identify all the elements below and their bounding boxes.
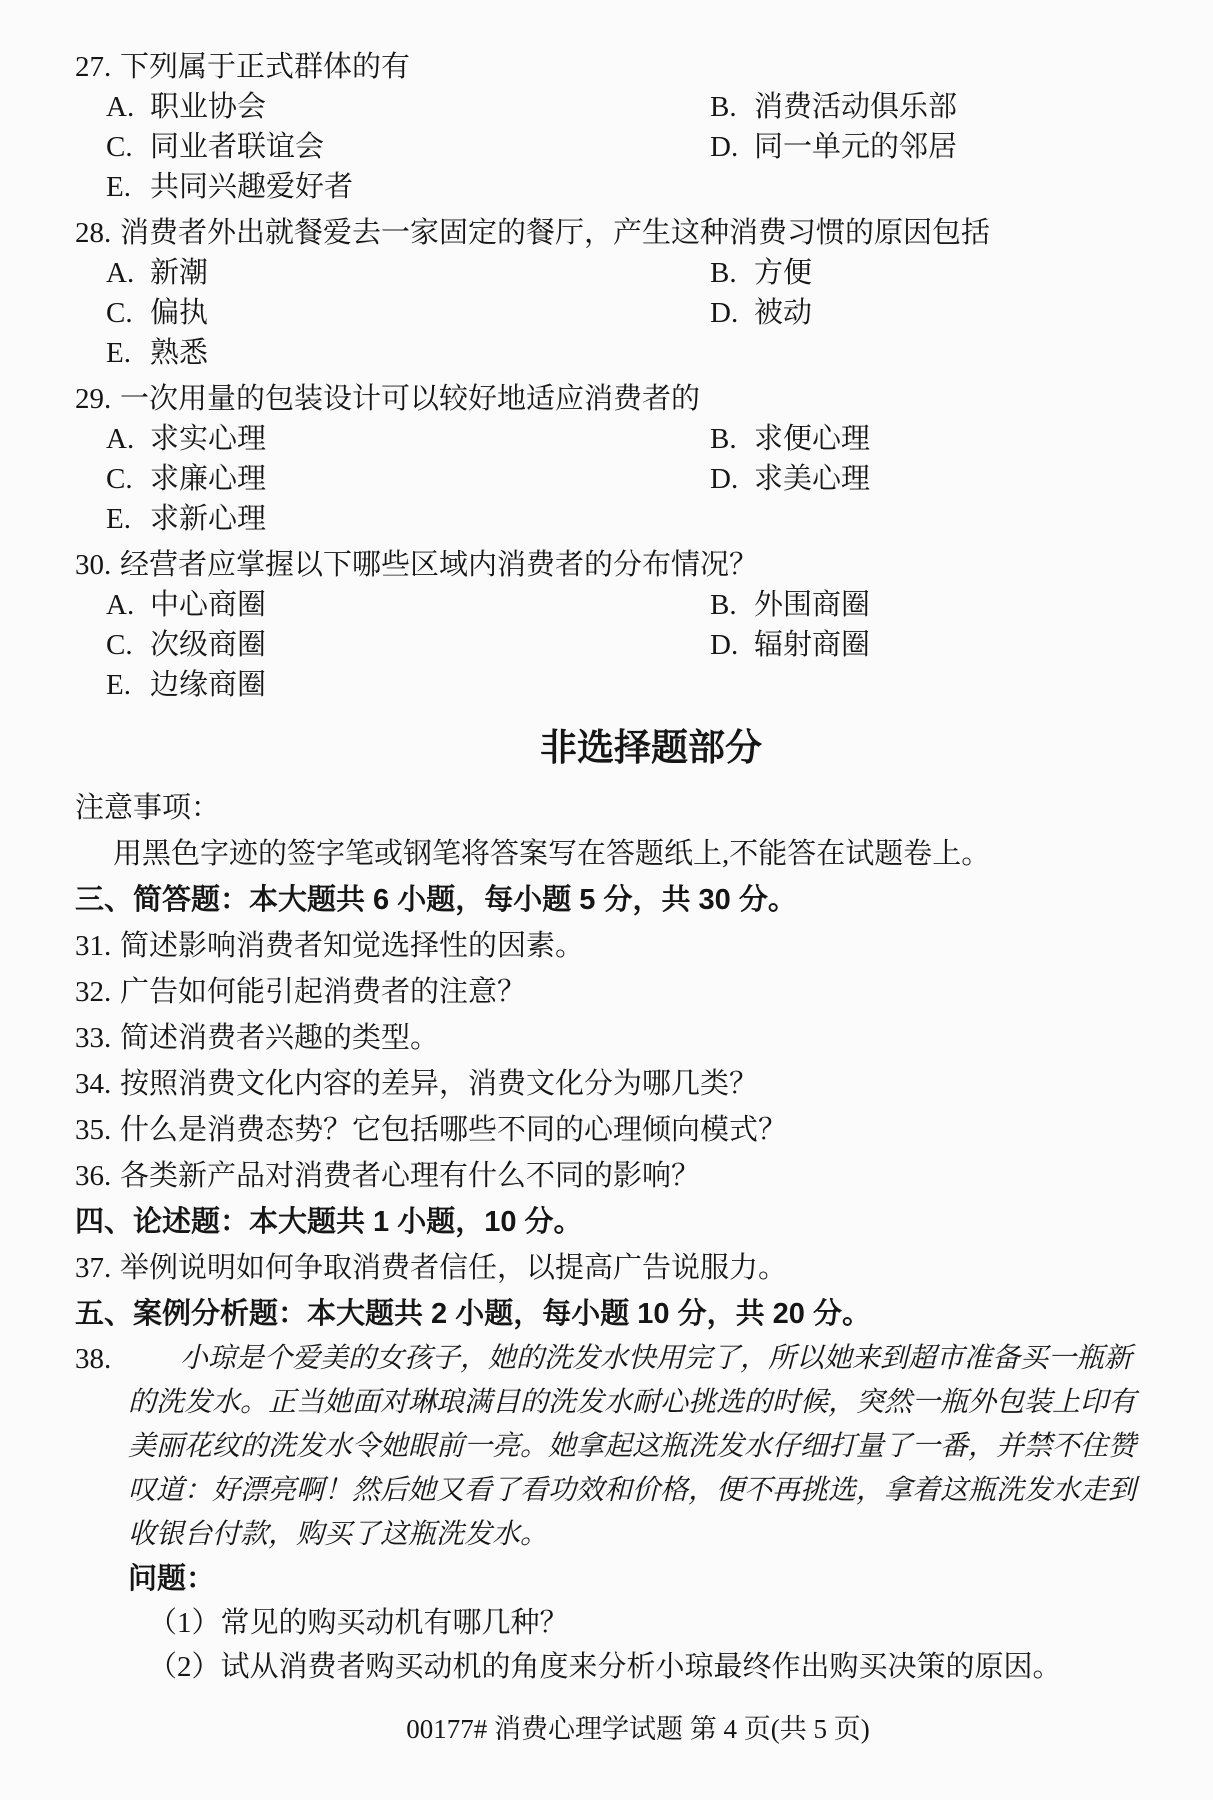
question-31: 31. 简述影响消费者知觉选择性的因素。 <box>75 923 1183 969</box>
question-text: 各类新产品对消费者心理有什么不同的影响？ <box>120 1153 700 1199</box>
question-text: 经营者应掌握以下哪些区域内消费者的分布情况？ <box>120 545 758 585</box>
option-c: C. 次级商圈 <box>106 625 710 665</box>
option-letter: C. <box>106 459 150 499</box>
option-b: B. 方便 <box>710 253 1183 293</box>
question-32: 32. 广告如何能引起消费者的注意？ <box>75 969 1183 1015</box>
section-header-text: 三、简答题：本大题共 6 小题，每小题 5 分，共 30 分。 <box>75 877 797 923</box>
question-38: 38. 小琼是个爱美的女孩子，她的洗发水快用完了，所以她来到超市准备买一瓶新 的… <box>75 1337 1183 1689</box>
option-letter: A. <box>106 585 150 625</box>
option-letter: B. <box>710 87 754 127</box>
section-header-text: 四、论述题：本大题共 1 小题，10 分。 <box>75 1199 583 1245</box>
question-28: 28. 消费者外出就餐爱去一家固定的餐厅，产生这种消费习惯的原因包括 A. 新潮… <box>75 213 1183 373</box>
question-number: 31. <box>75 923 120 969</box>
option-text: 方便 <box>754 253 812 293</box>
notice-text-line: 用黑色字迹的签字笔或钢笔将答案写在答题纸上,不能答在试题卷上。 <box>113 831 990 877</box>
option-b: B. 求便心理 <box>710 419 1183 459</box>
question-37: 37. 举例说明如何争取消费者信任，以提高广告说服力。 <box>75 1245 1183 1291</box>
question-number: 32. <box>75 969 120 1015</box>
option-e: E. 边缘商圈 <box>106 665 710 705</box>
question-36: 36. 各类新产品对消费者心理有什么不同的影响？ <box>75 1153 1183 1199</box>
case-paragraph-line: 的洗发水。正当她面对琳琅满目的洗发水耐心挑选的时候，突然一瓶外包装上印有 <box>128 1381 1136 1425</box>
question-text: 简述消费者兴趣的类型。 <box>120 1015 439 1061</box>
option-letter: C. <box>106 625 150 665</box>
option-a: A. 职业协会 <box>106 87 710 127</box>
option-text: 求美心理 <box>754 459 870 499</box>
option-e: E. 熟悉 <box>106 333 710 373</box>
case-sub-question-2: （2）试从消费者购买动机的角度来分析小琼最终作出购买决策的原因。 <box>128 1645 1136 1689</box>
question-33: 33. 简述消费者兴趣的类型。 <box>75 1015 1183 1061</box>
option-d: D. 同一单元的邻居 <box>710 127 1183 167</box>
option-letter: E. <box>106 167 150 207</box>
option-d: D. 辐射商圈 <box>710 625 1183 665</box>
question-35: 35. 什么是消费态势？它包括哪些不同的心理倾向模式？ <box>75 1107 1183 1153</box>
question-text: 按照消费文化内容的差异，消费文化分为哪几类？ <box>120 1061 758 1107</box>
option-a: A. 新潮 <box>106 253 710 293</box>
question-27: 27. 下列属于正式群体的有 A. 职业协会 B. 消费活动俱乐部 C. 同业者… <box>75 47 1183 207</box>
option-letter: B. <box>710 419 754 459</box>
case-paragraph-line: 收银台付款，购买了这瓶洗发水。 <box>128 1513 1136 1557</box>
option-letter: D. <box>710 127 754 167</box>
option-letter: D. <box>710 459 754 499</box>
case-body: 小琼是个爱美的女孩子，她的洗发水快用完了，所以她来到超市准备买一瓶新 的洗发水。… <box>128 1337 1136 1689</box>
option-letter: E. <box>106 665 150 705</box>
option-e: E. 共同兴趣爱好者 <box>106 167 710 207</box>
option-text: 辐射商圈 <box>754 625 870 665</box>
option-text: 边缘商圈 <box>150 665 266 705</box>
exam-page: 27. 下列属于正式群体的有 A. 职业协会 B. 消费活动俱乐部 C. 同业者… <box>0 0 1213 1800</box>
question-text: 简述影响消费者知觉选择性的因素。 <box>120 923 584 969</box>
option-b: B. 外围商圈 <box>710 585 1183 625</box>
option-text: 偏执 <box>150 293 208 333</box>
option-c: C. 偏执 <box>106 293 710 333</box>
option-text: 同一单元的邻居 <box>754 127 957 167</box>
option-letter: C. <box>106 293 150 333</box>
section-header-text: 五、案例分析题：本大题共 2 小题，每小题 10 分，共 20 分。 <box>75 1291 871 1337</box>
option-letter: E. <box>106 499 150 539</box>
option-text: 同业者联谊会 <box>150 127 324 167</box>
option-text: 求实心理 <box>150 419 266 459</box>
question-text: 广告如何能引起消费者的注意？ <box>120 969 526 1015</box>
question-number: 34. <box>75 1061 120 1107</box>
section-title: 非选择题部分 <box>75 725 1183 771</box>
option-text: 中心商圈 <box>150 585 266 625</box>
section-4-header: 四、论述题：本大题共 1 小题，10 分。 <box>75 1199 1183 1245</box>
case-questions-label: 问题： <box>128 1557 1136 1601</box>
option-d: D. 被动 <box>710 293 1183 333</box>
question-number: 36. <box>75 1153 120 1199</box>
option-letter: C. <box>106 127 150 167</box>
option-text: 消费活动俱乐部 <box>754 87 957 127</box>
question-number: 29. <box>75 379 120 419</box>
case-paragraph-line: 美丽花纹的洗发水令她眼前一亮。她拿起这瓶洗发水仔细打量了一番，并禁不住赞 <box>128 1425 1136 1469</box>
question-number: 27. <box>75 47 120 87</box>
option-letter: D. <box>710 293 754 333</box>
case-paragraph-line: 小琼是个爱美的女孩子，她的洗发水快用完了，所以她来到超市准备买一瓶新 <box>128 1337 1136 1381</box>
option-text: 求廉心理 <box>150 459 266 499</box>
option-letter: E. <box>106 333 150 373</box>
question-30: 30. 经营者应掌握以下哪些区域内消费者的分布情况？ A. 中心商圈 B. 外围… <box>75 545 1183 705</box>
option-letter: A. <box>106 253 150 293</box>
option-b: B. 消费活动俱乐部 <box>710 87 1183 127</box>
question-text: 消费者外出就餐爱去一家固定的餐厅，产生这种消费习惯的原因包括 <box>120 213 990 253</box>
question-text: 下列属于正式群体的有 <box>120 47 410 87</box>
option-text: 外围商圈 <box>754 585 870 625</box>
option-letter: A. <box>106 87 150 127</box>
option-text: 求新心理 <box>150 499 266 539</box>
question-29: 29. 一次用量的包装设计可以较好地适应消费者的 A. 求实心理 B. 求便心理… <box>75 379 1183 539</box>
option-text: 求便心理 <box>754 419 870 459</box>
option-c: C. 同业者联谊会 <box>106 127 710 167</box>
question-number: 30. <box>75 545 120 585</box>
option-e: E. 求新心理 <box>106 499 710 539</box>
section-5-header: 五、案例分析题：本大题共 2 小题，每小题 10 分，共 20 分。 <box>75 1291 1183 1337</box>
notice-label: 注意事项： <box>75 785 1183 831</box>
page-footer: 00177# 消费心理学试题 第 4 页(共 5 页) <box>75 1711 1183 1747</box>
option-letter: D. <box>710 625 754 665</box>
option-a: A. 求实心理 <box>106 419 710 459</box>
question-34: 34. 按照消费文化内容的差异，消费文化分为哪几类？ <box>75 1061 1183 1107</box>
question-number: 33. <box>75 1015 120 1061</box>
option-text: 职业协会 <box>150 87 266 127</box>
option-text: 次级商圈 <box>150 625 266 665</box>
option-text: 共同兴趣爱好者 <box>150 167 353 207</box>
question-text: 什么是消费态势？它包括哪些不同的心理倾向模式？ <box>120 1107 787 1153</box>
option-text: 熟悉 <box>150 333 208 373</box>
notice-label-text: 注意事项： <box>75 785 220 831</box>
question-number: 38. <box>75 1337 128 1689</box>
section-3-header: 三、简答题：本大题共 6 小题，每小题 5 分，共 30 分。 <box>75 877 1183 923</box>
question-text: 一次用量的包装设计可以较好地适应消费者的 <box>120 379 700 419</box>
option-letter: A. <box>106 419 150 459</box>
question-number: 28. <box>75 213 120 253</box>
option-text: 被动 <box>754 293 812 333</box>
question-number: 37. <box>75 1245 120 1291</box>
notice-text: 用黑色字迹的签字笔或钢笔将答案写在答题纸上,不能答在试题卷上。 <box>75 831 1183 877</box>
option-c: C. 求廉心理 <box>106 459 710 499</box>
option-d: D. 求美心理 <box>710 459 1183 499</box>
option-text: 新潮 <box>150 253 208 293</box>
option-a: A. 中心商圈 <box>106 585 710 625</box>
case-paragraph-line: 叹道：好漂亮啊！然后她又看了看功效和价格，便不再挑选，拿着这瓶洗发水走到 <box>128 1469 1136 1513</box>
option-letter: B. <box>710 253 754 293</box>
question-text: 举例说明如何争取消费者信任，以提高广告说服力。 <box>120 1245 787 1291</box>
question-number: 35. <box>75 1107 120 1153</box>
case-sub-question-1: （1）常见的购买动机有哪几种？ <box>128 1601 1136 1645</box>
option-letter: B. <box>710 585 754 625</box>
